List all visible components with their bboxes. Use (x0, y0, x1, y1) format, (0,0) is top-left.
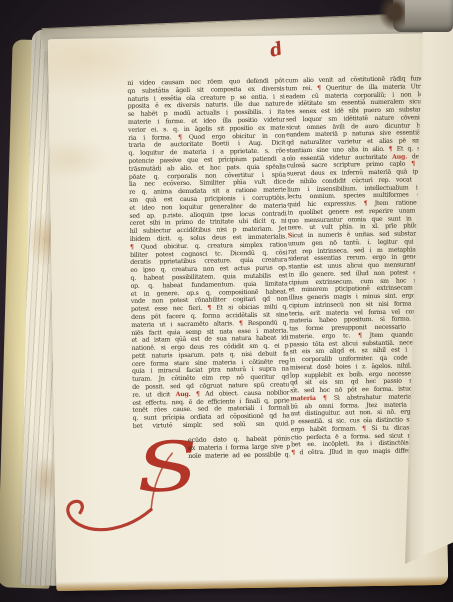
rubric-pilcrow: ¶ (317, 85, 321, 92)
rubric-pilcrow: ¶ (239, 320, 243, 327)
rubric-word: Aug. (175, 391, 190, 398)
rubric-word: materia (290, 395, 316, 402)
rubric-pilcrow: ¶ (362, 425, 366, 432)
rubric-pilcrow: ¶ (196, 391, 200, 398)
rubric-pilcrow: ¶ (207, 305, 211, 312)
quire-mark: d (267, 38, 285, 62)
rubric-pilcrow: ¶ (411, 161, 415, 168)
rubric-pilcrow: ¶ (323, 395, 327, 402)
rubric-pilcrow: ¶ (364, 200, 368, 207)
book-clasp (393, 0, 453, 32)
initial-paragraph-lines: ecūdo dato q. habeāt pōnisex materia i f… (188, 435, 290, 460)
photo-of-open-book: d ni video causam nec rōem quo defendi p… (0, 0, 453, 602)
text-line: noīe materie ad ee possibile q. (188, 451, 290, 460)
rubric-pilcrow: ¶ (178, 134, 182, 141)
rubric-pilcrow: ¶ (291, 449, 295, 456)
rubric-word: Aug. (392, 153, 407, 160)
book-page: d ni video causam nec rōem quo defendi p… (48, 33, 449, 591)
rubric-word: S (288, 232, 292, 239)
rubric-pilcrow: ¶ (130, 244, 134, 251)
clasp-shadow (379, 0, 405, 30)
rubric-pilcrow: ¶ (358, 332, 362, 339)
text-column-left: ni video causam nec rōem quo defendi pōt… (127, 77, 289, 430)
rubric-pilcrow: ¶ (389, 145, 393, 152)
